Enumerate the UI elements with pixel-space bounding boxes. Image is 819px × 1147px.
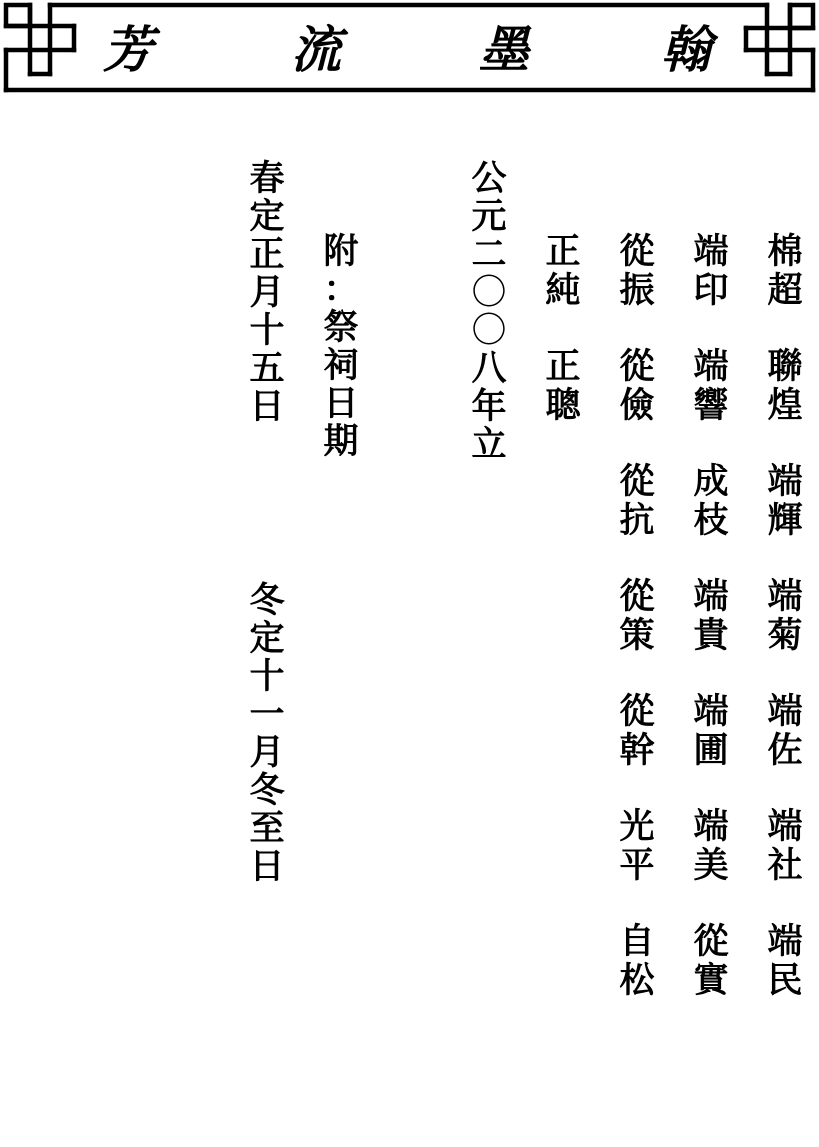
vertical-char: 菊 xyxy=(766,617,804,655)
vertical-char: 從 xyxy=(618,693,656,731)
vertical-char: 貴 xyxy=(692,617,730,655)
vertical-char: 煌 xyxy=(766,387,804,425)
vertical-char: 成 xyxy=(692,463,730,501)
vertical-char: 至 xyxy=(248,810,286,848)
vertical-char: 策 xyxy=(618,617,656,655)
vertical-char: 正 xyxy=(544,233,582,271)
vertical-char: 一 xyxy=(248,696,286,734)
vertical-char: 幹 xyxy=(618,732,656,770)
vertical-char: 從 xyxy=(618,463,656,501)
vertical-char: 二 xyxy=(470,236,508,274)
vertical-char: 社 xyxy=(766,847,804,885)
vertical-char: 冬 xyxy=(248,582,286,620)
vertical-char: 年 xyxy=(470,388,508,426)
vertical-char: 元 xyxy=(470,198,508,236)
vertical-char: 祠 xyxy=(322,347,360,385)
vertical-char: 端 xyxy=(766,808,804,846)
vertical-char: 附 xyxy=(322,233,360,271)
vertical-char: 端 xyxy=(766,578,804,616)
vertical-char: 日 xyxy=(248,848,286,886)
vertical-char: 圃 xyxy=(692,732,730,770)
vertical-char: 春 xyxy=(248,160,286,198)
vertical-char: 日 xyxy=(248,388,286,426)
vertical-char: 端 xyxy=(692,233,730,271)
vertical-char: 聰 xyxy=(544,387,582,425)
vertical-char: 端 xyxy=(692,808,730,846)
vertical-char: 光 xyxy=(618,808,656,846)
vertical-char: 十 xyxy=(248,658,286,696)
vertical-char: 從 xyxy=(618,348,656,386)
vertical-char: 定 xyxy=(248,198,286,236)
vertical-char: 日 xyxy=(322,385,360,423)
vertical-char: 從 xyxy=(618,233,656,271)
vertical-char: 自 xyxy=(618,923,656,961)
vertical-char: 立 xyxy=(470,426,508,464)
title-char: 芳 xyxy=(100,20,156,80)
vertical-char: 端 xyxy=(766,463,804,501)
vertical-char: 枝 xyxy=(692,502,730,540)
vertical-char: 聯 xyxy=(766,348,804,386)
vertical-char: 五 xyxy=(248,350,286,388)
vertical-char: 定 xyxy=(248,620,286,658)
vertical-char: 抗 xyxy=(618,502,656,540)
vertical-char: 端 xyxy=(766,923,804,961)
vertical-char: 月 xyxy=(248,734,286,772)
vertical-char: 佐 xyxy=(766,732,804,770)
vertical-char: ： xyxy=(322,271,360,309)
vertical-char: 月 xyxy=(248,274,286,312)
vertical-char: 平 xyxy=(618,847,656,885)
vertical-char: 十 xyxy=(248,312,286,350)
vertical-char: 冬 xyxy=(248,772,286,810)
vertical-char: 正 xyxy=(544,348,582,386)
vertical-char: 〇 xyxy=(470,312,508,350)
vertical-char: 端 xyxy=(692,693,730,731)
vertical-char: 振 xyxy=(618,272,656,310)
vertical-char: 純 xyxy=(544,272,582,310)
vertical-char: 正 xyxy=(248,236,286,274)
vertical-char: 〇 xyxy=(470,274,508,312)
vertical-char: 從 xyxy=(618,578,656,616)
vertical-char: 松 xyxy=(618,962,656,1000)
left-knot-icon xyxy=(6,5,74,90)
right-knot-icon xyxy=(746,5,813,90)
vertical-char: 響 xyxy=(692,387,730,425)
vertical-char: 從 xyxy=(692,923,730,961)
vertical-char: 端 xyxy=(766,693,804,731)
vertical-char: 端 xyxy=(692,578,730,616)
vertical-char: 實 xyxy=(692,962,730,1000)
title-char: 翰 xyxy=(658,20,714,80)
vertical-char: 期 xyxy=(322,423,360,461)
vertical-char: 公 xyxy=(470,160,508,198)
vertical-char: 祭 xyxy=(322,309,360,347)
vertical-char: 棉 xyxy=(766,233,804,271)
vertical-char: 美 xyxy=(692,847,730,885)
vertical-char: 端 xyxy=(692,348,730,386)
vertical-char: 輝 xyxy=(766,502,804,540)
vertical-char: 儉 xyxy=(618,387,656,425)
title-char: 流 xyxy=(288,20,344,80)
vertical-char: 超 xyxy=(766,272,804,310)
vertical-char: 八 xyxy=(470,350,508,388)
vertical-char: 民 xyxy=(766,962,804,1000)
vertical-char: 印 xyxy=(692,272,730,310)
title-char: 墨 xyxy=(476,20,532,80)
